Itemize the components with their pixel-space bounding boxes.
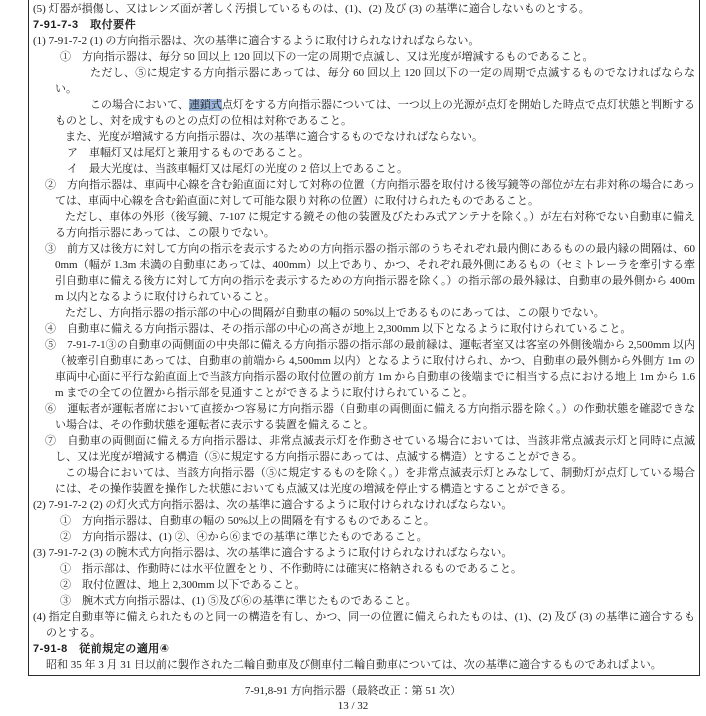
paragraph-chain-lighting: この場合において、連鎖式点灯をする方向指示器については、一つ以上の光源が点灯を開… [33,97,695,129]
paragraph-s4: (4) 指定自動車等に備えられたものと同一の構造を有し、かつ、同一の位置に備えら… [33,609,695,641]
highlighted-term: 連鎖式 [189,99,222,111]
paragraph-s3-intro: (3) 7-91-7-2 (3) の腕木式方向指示器は、次の基準に適合するように… [33,545,695,561]
page-number: 13 / 32 [0,699,706,714]
paragraph-s1-item3: ③ 前方又は後方に対して方向の指示を表示するための方向指示器の指示部のうちそれぞ… [33,241,695,305]
paragraph-s1-item6: ⑥ 運転者が運転者席において直接かつ容易に方向指示器（自動車の両側面に備える方向… [33,401,695,433]
paragraph-s2-item1: ① 方向指示器は、自動車の幅の 50%以上の間隔を有するものであること。 [33,513,695,529]
paragraph-s1-item4: ④ 自動車に備える方向指示器は、その指示部の中心の高さが地上 2,300mm 以… [33,321,695,337]
page-footer: 7-91,8-91 方向指示器（最終改正：第 51 次） 13 / 32 [0,684,706,714]
paragraph-s1-item1-proviso: ただし、⑤に規定する方向指示器にあっては、毎分 60 回以上 120 回以下の一… [33,65,695,97]
paragraph-s2-item2: ② 方向指示器は、(1) ②、④から⑥までの基準に準じたものであること。 [33,529,695,545]
paragraph-s1-item7-sub: この場合においては、当該方向指示器（⑤に規定するものを除く。）を非常点滅表示灯と… [33,465,695,497]
footer-doc-title: 7-91,8-91 方向指示器（最終改正：第 51 次） [0,684,706,699]
chain-text-before: この場合において、 [90,99,189,111]
paragraph-s3-item2: ② 取付位置は、地上 2,300mm 以下であること。 [33,577,695,593]
heading-previous-provisions: 7-91-8 従前規定の適用④ [33,641,695,657]
paragraph-s1-item1: ① 方向指示器は、毎分 50 回以上 120 回以下の一定の周期で点滅し、又は光… [33,49,695,65]
paragraph-s1-item5: ⑤ 7-91-7-1③の自動車の両側面の中央部に備える方向指示器の指示部の最前縁… [33,337,695,401]
paragraph-s1-intro: (1) 7-91-7-2 (1) の方向指示器は、次の基準に適合するように取付け… [33,33,695,49]
paragraph-s3-item3: ③ 腕木式方向指示器は、(1) ⑤及び⑥の基準に準じたものであること。 [33,593,695,609]
paragraph-s1-item1-b: イ 最大光度は、当該車幅灯又は尾灯の光度の 2 倍以上であること。 [33,161,695,177]
paragraph-s1-item3-proviso: ただし、方向指示器の指示部の中心の間隔が自動車の幅の 50%以上であるものにあっ… [33,305,695,321]
paragraph-s3-item1: ① 指示部は、作動時には水平位置をとり、不作動時には確実に格納されるものであるこ… [33,561,695,577]
paragraph-s1-item1-also: また、光度が増減する方向指示器は、次の基準に適合するものでなければならない。 [33,129,695,145]
paragraph-s2-intro: (2) 7-91-7-2 (2) の灯火式方向指示器は、次の基準に適合するように… [33,497,695,513]
paragraph-s78-body: 昭和 35 年 3 月 31 日以前に製作された二輪自動車及び側車付二輪自動車に… [33,657,695,673]
paragraph-s1-item7: ⑦ 自動車の両側面に備える方向指示器は、非常点滅表示灯を作動させている場合におい… [33,433,695,465]
paragraph-s1-item1-a: ア 車幅灯又は尾灯と兼用するものであること。 [33,145,695,161]
paragraph-s1-item2: ② 方向指示器は、車両中心線を含む鉛直面に対して対称の位置（方向指示器を取付ける… [33,177,695,209]
heading-mounting-requirements: 7-91-7-3 取付要件 [33,17,695,33]
content-box: (5) 灯器が損傷し、又はレンズ面が著しく汚損しているものは、(1)、(2) 及… [28,0,700,676]
paragraph-s1-item2-proviso: ただし、車体の外形（後写鏡、7-107 に規定する鏡その他の装置及びたわみ式アン… [33,209,695,241]
paragraph-prev-item5: (5) 灯器が損傷し、又はレンズ面が著しく汚損しているものは、(1)、(2) 及… [33,1,695,17]
